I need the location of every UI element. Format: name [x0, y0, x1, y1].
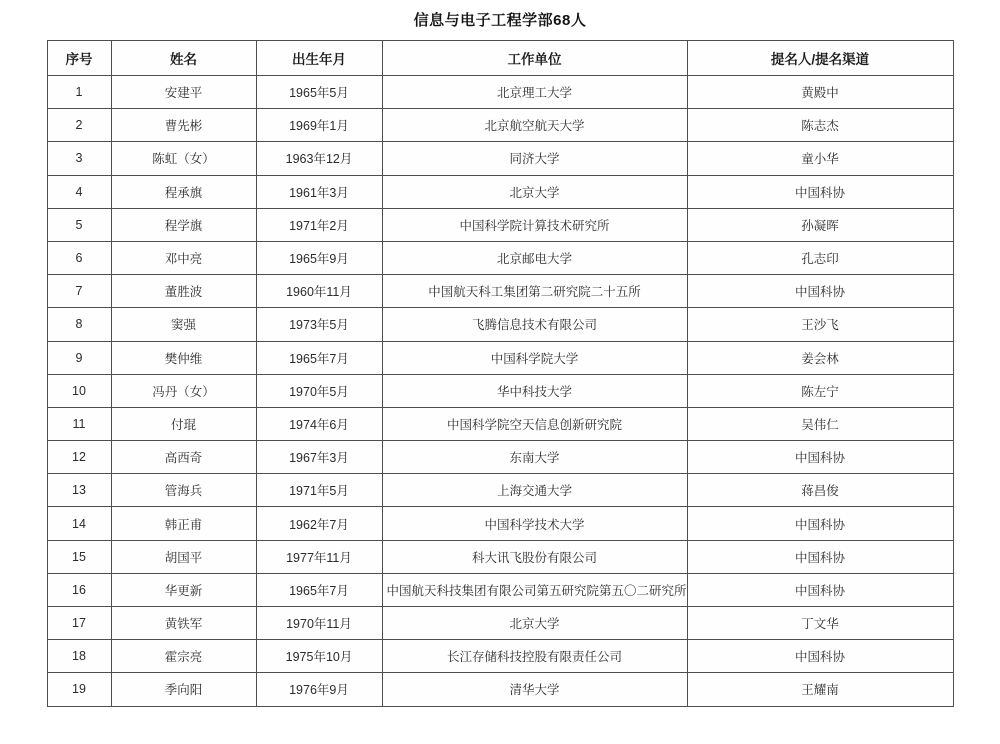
birthdate-cell: 1969年1月: [256, 109, 382, 142]
nominator-cell: 王沙飞: [687, 308, 953, 341]
workunit-cell: 科大讯飞股份有限公司: [382, 540, 687, 573]
name-cell: 霍宗亮: [111, 640, 256, 673]
nominator-cell: 黄殿中: [687, 76, 953, 109]
workunit-cell: 长江存储科技控股有限责任公司: [382, 640, 687, 673]
nominator-cell: 王耀南: [687, 673, 953, 706]
workunit-cell: 飞腾信息技术有限公司: [382, 308, 687, 341]
name-cell: 陈虹（女）: [111, 142, 256, 175]
name-cell: 韩正甫: [111, 507, 256, 540]
birthdate-cell: 1970年5月: [256, 374, 382, 407]
nominator-cell: 丁文华: [687, 607, 953, 640]
workunit-cell: 华中科技大学: [382, 374, 687, 407]
workunit-cell: 东南大学: [382, 441, 687, 474]
birthdate-cell: 1977年11月: [256, 540, 382, 573]
serial-cell: 15: [47, 540, 111, 573]
birthdate-cell: 1973年5月: [256, 308, 382, 341]
name-cell: 程承旗: [111, 175, 256, 208]
table-row: 18霍宗亮1975年10月长江存储科技控股有限责任公司中国科协: [47, 640, 953, 673]
birthdate-cell: 1974年6月: [256, 407, 382, 440]
serial-cell: 8: [47, 308, 111, 341]
birthdate-cell: 1967年3月: [256, 441, 382, 474]
birthdate-cell: 1971年2月: [256, 208, 382, 241]
name-cell: 季向阳: [111, 673, 256, 706]
nominator-cell: 中国科协: [687, 540, 953, 573]
serial-cell: 3: [47, 142, 111, 175]
table-row: 10冯丹（女）1970年5月华中科技大学陈左宁: [47, 374, 953, 407]
table-row: 19季向阳1976年9月清华大学王耀南: [47, 673, 953, 706]
serial-cell: 7: [47, 275, 111, 308]
nominator-cell: 吴伟仁: [687, 407, 953, 440]
name-cell: 董胜波: [111, 275, 256, 308]
header-serial: 序号: [47, 41, 111, 76]
nominator-cell: 中国科协: [687, 441, 953, 474]
serial-cell: 13: [47, 474, 111, 507]
birthdate-cell: 1963年12月: [256, 142, 382, 175]
workunit-cell: 同济大学: [382, 142, 687, 175]
workunit-cell: 北京理工大学: [382, 76, 687, 109]
birthdate-cell: 1965年7月: [256, 573, 382, 606]
table-row: 9樊仲维1965年7月中国科学院大学姜会林: [47, 341, 953, 374]
table-row: 8窦强1973年5月飞腾信息技术有限公司王沙飞: [47, 308, 953, 341]
nominees-table: 序号姓名出生年月工作单位提名人/提名渠道 1安建平1965年5月北京理工大学黄殿…: [47, 40, 954, 707]
name-cell: 邓中亮: [111, 241, 256, 274]
workunit-cell: 北京大学: [382, 175, 687, 208]
birthdate-cell: 1965年9月: [256, 241, 382, 274]
name-cell: 胡国平: [111, 540, 256, 573]
document-page: 信息与电子工程学部68人 序号姓名出生年月工作单位提名人/提名渠道 1安建平19…: [0, 0, 1000, 744]
workunit-cell: 清华大学: [382, 673, 687, 706]
serial-cell: 18: [47, 640, 111, 673]
serial-cell: 16: [47, 573, 111, 606]
table-row: 3陈虹（女）1963年12月同济大学童小华: [47, 142, 953, 175]
workunit-cell: 中国科学院计算技术研究所: [382, 208, 687, 241]
birthdate-cell: 1965年7月: [256, 341, 382, 374]
table-row: 2曹先彬1969年1月北京航空航天大学陈志杰: [47, 109, 953, 142]
name-cell: 管海兵: [111, 474, 256, 507]
serial-cell: 17: [47, 607, 111, 640]
serial-cell: 14: [47, 507, 111, 540]
table-row: 7董胜波1960年11月中国航天科工集团第二研究院二十五所中国科协: [47, 275, 953, 308]
name-cell: 冯丹（女）: [111, 374, 256, 407]
table-header-row: 序号姓名出生年月工作单位提名人/提名渠道: [47, 41, 953, 76]
nominator-cell: 中国科协: [687, 275, 953, 308]
table-row: 15胡国平1977年11月科大讯飞股份有限公司中国科协: [47, 540, 953, 573]
table-row: 6邓中亮1965年9月北京邮电大学孔志印: [47, 241, 953, 274]
name-cell: 安建平: [111, 76, 256, 109]
nominator-cell: 蒋昌俊: [687, 474, 953, 507]
name-cell: 曹先彬: [111, 109, 256, 142]
table-row: 11付琨1974年6月中国科学院空天信息创新研究院吴伟仁: [47, 407, 953, 440]
nominator-cell: 孙凝晖: [687, 208, 953, 241]
serial-cell: 6: [47, 241, 111, 274]
birthdate-cell: 1970年11月: [256, 607, 382, 640]
nominator-cell: 姜会林: [687, 341, 953, 374]
table-row: 17黄铁军1970年11月北京大学丁文华: [47, 607, 953, 640]
nominator-cell: 孔志印: [687, 241, 953, 274]
serial-cell: 19: [47, 673, 111, 706]
serial-cell: 10: [47, 374, 111, 407]
workunit-cell: 上海交通大学: [382, 474, 687, 507]
table-row: 12高西奇1967年3月东南大学中国科协: [47, 441, 953, 474]
birthdate-cell: 1975年10月: [256, 640, 382, 673]
name-cell: 付琨: [111, 407, 256, 440]
workunit-cell: 中国航天科技集团有限公司第五研究院第五〇二研究所: [382, 573, 687, 606]
nominator-cell: 中国科协: [687, 175, 953, 208]
birthdate-cell: 1976年9月: [256, 673, 382, 706]
nominator-cell: 陈左宁: [687, 374, 953, 407]
name-cell: 华更新: [111, 573, 256, 606]
birthdate-cell: 1965年5月: [256, 76, 382, 109]
name-cell: 窦强: [111, 308, 256, 341]
workunit-cell: 北京航空航天大学: [382, 109, 687, 142]
nominator-cell: 陈志杰: [687, 109, 953, 142]
header-workunit: 工作单位: [382, 41, 687, 76]
name-cell: 高西奇: [111, 441, 256, 474]
serial-cell: 5: [47, 208, 111, 241]
serial-cell: 4: [47, 175, 111, 208]
nominator-cell: 中国科协: [687, 573, 953, 606]
workunit-cell: 中国科学院空天信息创新研究院: [382, 407, 687, 440]
workunit-cell: 北京大学: [382, 607, 687, 640]
table-row: 13管海兵1971年5月上海交通大学蒋昌俊: [47, 474, 953, 507]
birthdate-cell: 1961年3月: [256, 175, 382, 208]
header-birthdate: 出生年月: [256, 41, 382, 76]
workunit-cell: 北京邮电大学: [382, 241, 687, 274]
workunit-cell: 中国航天科工集团第二研究院二十五所: [382, 275, 687, 308]
serial-cell: 9: [47, 341, 111, 374]
nominator-cell: 中国科协: [687, 640, 953, 673]
serial-cell: 11: [47, 407, 111, 440]
table-row: 14韩正甫1962年7月中国科学技术大学中国科协: [47, 507, 953, 540]
nominator-cell: 童小华: [687, 142, 953, 175]
workunit-cell: 中国科学院大学: [382, 341, 687, 374]
table-row: 5程学旗1971年2月中国科学院计算技术研究所孙凝晖: [47, 208, 953, 241]
nominator-cell: 中国科协: [687, 507, 953, 540]
serial-cell: 2: [47, 109, 111, 142]
header-nominator: 提名人/提名渠道: [687, 41, 953, 76]
name-cell: 程学旗: [111, 208, 256, 241]
name-cell: 樊仲维: [111, 341, 256, 374]
birthdate-cell: 1971年5月: [256, 474, 382, 507]
table-row: 16华更新1965年7月中国航天科技集团有限公司第五研究院第五〇二研究所中国科协: [47, 573, 953, 606]
birthdate-cell: 1962年7月: [256, 507, 382, 540]
header-name: 姓名: [111, 41, 256, 76]
serial-cell: 1: [47, 76, 111, 109]
table-row: 4程承旗1961年3月北京大学中国科协: [47, 175, 953, 208]
workunit-cell: 中国科学技术大学: [382, 507, 687, 540]
table-row: 1安建平1965年5月北京理工大学黄殿中: [47, 76, 953, 109]
serial-cell: 12: [47, 441, 111, 474]
page-title: 信息与电子工程学部68人: [0, 9, 1000, 30]
name-cell: 黄铁军: [111, 607, 256, 640]
birthdate-cell: 1960年11月: [256, 275, 382, 308]
